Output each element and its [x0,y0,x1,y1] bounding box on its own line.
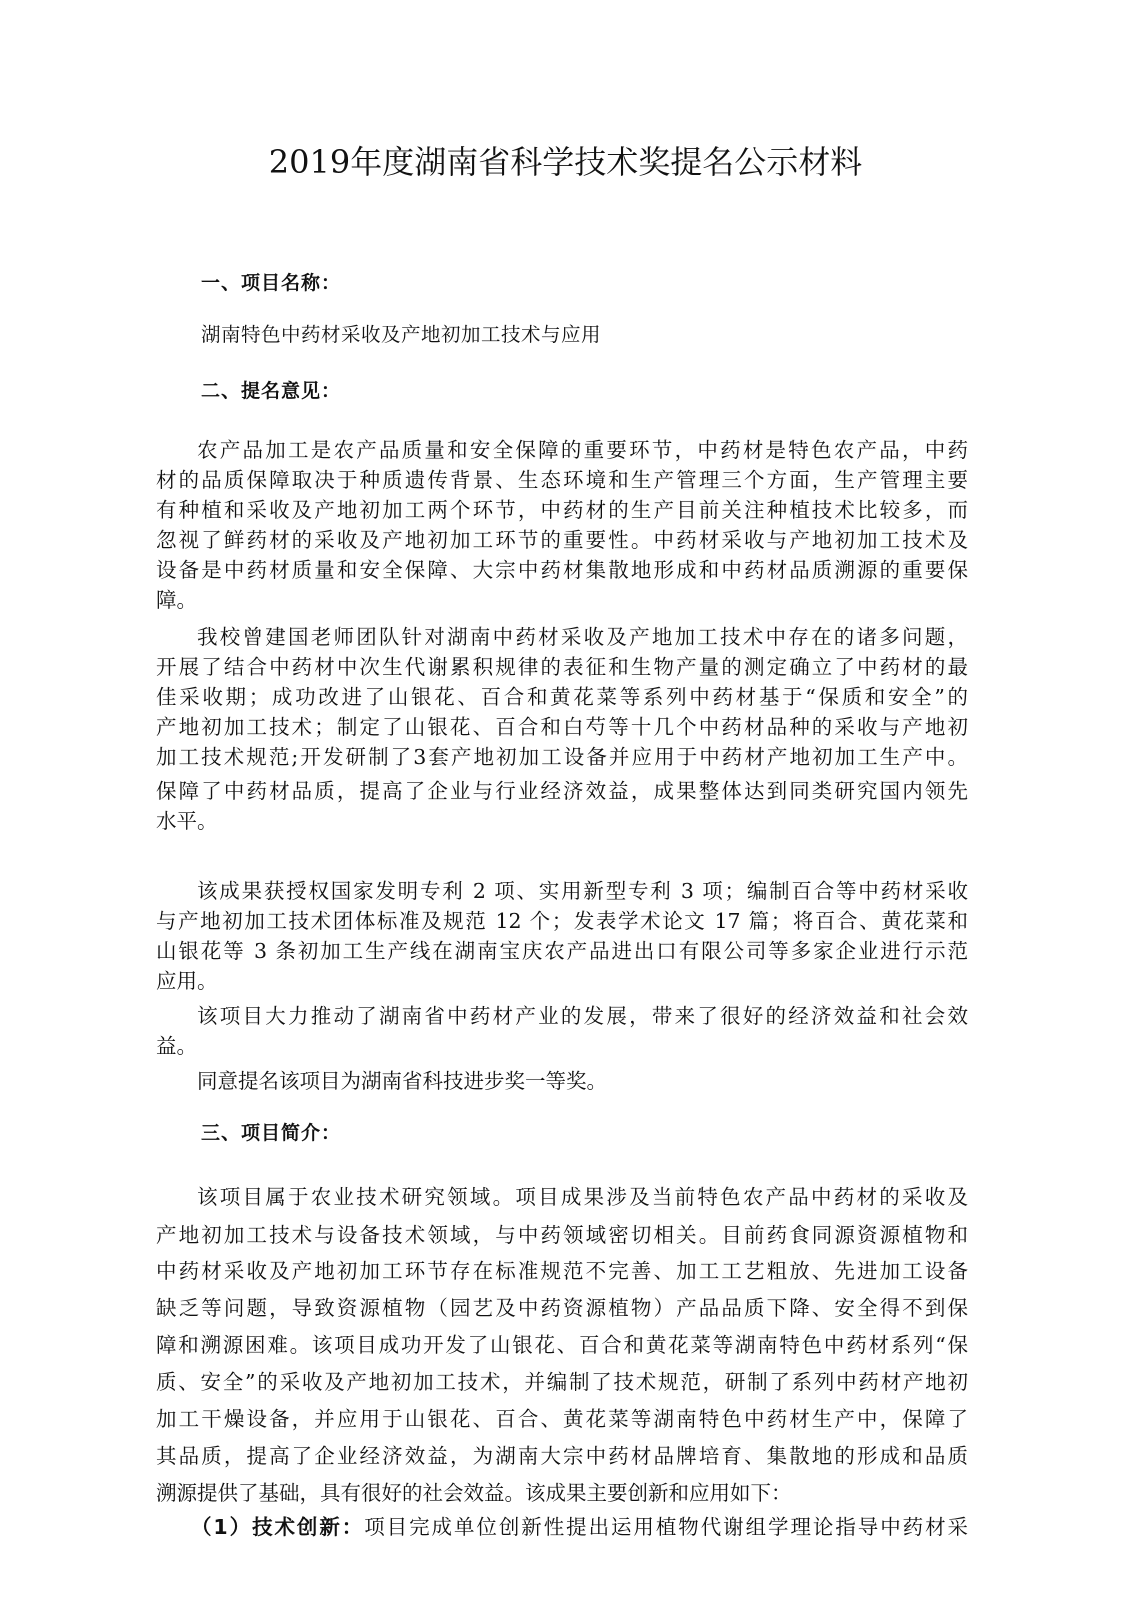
paragraph-line: 中药材采收及产地初加工环节存在标准规范不完善、加工工艺粗放、先进加工设备 [156,1256,968,1286]
innovation-label: （1）技术创新： [191,1515,364,1539]
paragraph-line: 山银花等 3 条初加工生产线在湖南宝庆农产品进出口有限公司等多家企业进行示范 [156,936,968,966]
innovation-text: 项目完成单位创新性提出运用植物代谢组学理论指导中药材采 [364,1515,968,1539]
paragraph-line: 与产地初加工技术团体标准及规范 12 个；发表学术论文 17 篇；将百合、黄花菜… [156,906,968,936]
document-page: 2019年度湖南省科学技术奖提名公示材料 一、项目名称： 湖南特色中药材采收及产… [0,0,1131,1600]
section-heading-project-name: 一、项目名称： [201,268,341,298]
paragraph-line: 应用。 [156,966,968,996]
paragraph-line: 农产品加工是农产品质量和安全保障的重要环节，中药材是特色农产品，中药 [197,435,968,465]
project-name-text: 湖南特色中药材采收及产地初加工技术与应用 [201,320,601,350]
paragraph-line: 保障了中药材品质，提高了企业与行业经济效益，成果整体达到同类研究国内领先 [156,776,968,806]
paragraph-line: 开展了结合中药材中次生代谢累积规律的表征和生物产量的测定确立了中药材的最 [156,652,968,682]
paragraph-line: 该成果获授权国家发明专利 2 项、实用新型专利 3 项；编制百合等中药材采收 [197,876,968,906]
document-title: 2019年度湖南省科学技术奖提名公示材料 [0,140,1131,184]
paragraph-line: 同意提名该项目为湖南省科技进步奖一等奖。 [197,1066,968,1096]
section-heading-project-summary: 三、项目简介： [201,1118,341,1148]
paragraph-line: 障。 [156,585,968,615]
paragraph-line: 设备是中药材质量和安全保障、大宗中药材集散地形成和中药材品质溯源的重要保 [156,555,968,585]
paragraph-line: 溯源提供了基础，具有很好的社会效益。该成果主要创新和应用如下： [156,1478,968,1508]
paragraph-line: 有种植和采收及产地初加工两个环节，中药材的生产目前关注种植技术比较多，而 [156,495,968,525]
paragraph-line: 水平。 [156,806,968,836]
paragraph-line: 加工技术规范;开发研制了3套产地初加工设备并应用于中药材产地初加工生产中。 [156,742,968,772]
paragraph-line: （1）技术创新：项目完成单位创新性提出运用植物代谢组学理论指导中药材采 [191,1512,968,1542]
paragraph-line: 质、安全”的采收及产地初加工技术，并编制了技术规范，研制了系列中药材产地初 [156,1367,968,1397]
paragraph-line: 产地初加工技术；制定了山银花、百合和白芍等十几个中药材品种的采收与产地初 [156,712,968,742]
paragraph-line: 佳采收期；成功改进了山银花、百合和黄花菜等系列中药材基于“保质和安全”的 [156,682,968,712]
paragraph-line: 我校曾建国老师团队针对湖南中药材采收及产地加工技术中存在的诸多问题， [197,622,968,652]
paragraph-line: 材的品质保障取决于种质遗传背景、生态环境和生产管理三个方面，生产管理主要 [156,465,968,495]
paragraph-line: 缺乏等问题，导致资源植物（园艺及中药资源植物）产品品质下降、安全得不到保 [156,1293,968,1323]
paragraph-line: 该项目属于农业技术研究领域。项目成果涉及当前特色农产品中药材的采收及 [197,1182,968,1212]
paragraph-line: 产地初加工技术与设备技术领域，与中药领域密切相关。目前药食同源资源植物和 [156,1220,968,1250]
paragraph-line: 其品质，提高了企业经济效益，为湖南大宗中药材品牌培育、集散地的形成和品质 [156,1441,968,1471]
paragraph-line: 加工干燥设备，并应用于山银花、百合、黄花菜等湖南特色中药材生产中，保障了 [156,1404,968,1434]
paragraph-line: 障和溯源困难。该项目成功开发了山银花、百合和黄花菜等湖南特色中药材系列“保 [156,1330,968,1360]
paragraph-line: 益。 [156,1031,968,1061]
section-heading-nomination-opinion: 二、提名意见： [201,376,341,406]
paragraph-line: 忽视了鲜药材的采收及产地初加工环节的重要性。中药材采收与产地初加工技术及 [156,525,968,555]
paragraph-line: 该项目大力推动了湖南省中药材产业的发展，带来了很好的经济效益和社会效 [197,1001,968,1031]
